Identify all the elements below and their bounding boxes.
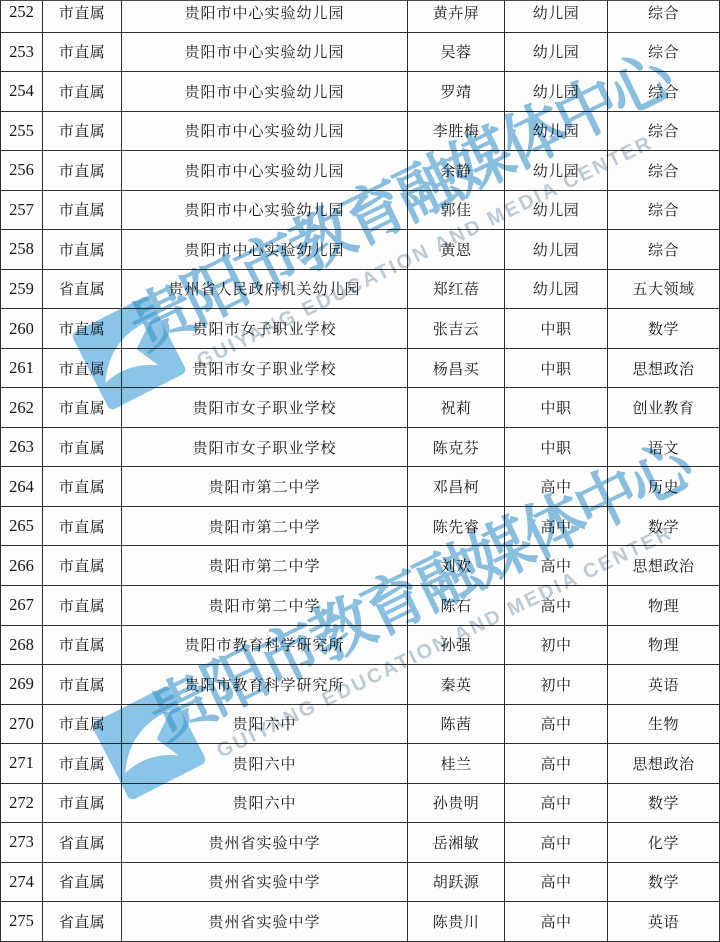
school-cell: 贵阳市第二中学 [122, 467, 408, 507]
level-cell: 高中 [505, 467, 608, 507]
subject-cell: 数学 [608, 507, 720, 547]
subject-cell: 英语 [608, 665, 720, 705]
school-cell: 贵阳市女子职业学校 [122, 428, 408, 468]
row-number-cell: 252 [0, 0, 43, 33]
subject-cell: 生物 [608, 705, 720, 745]
row-number-cell: 254 [0, 72, 43, 112]
affiliation-cell: 市直属 [43, 388, 122, 428]
school-cell: 贵州省实验中学 [122, 902, 408, 942]
level-cell: 中职 [505, 349, 608, 389]
level-cell: 高中 [505, 546, 608, 586]
subject-cell: 五大领域 [608, 270, 720, 310]
level-cell: 幼儿园 [505, 0, 608, 33]
school-cell: 贵阳市教育科学研究所 [122, 626, 408, 666]
level-cell: 高中 [505, 863, 608, 903]
page: 贵阳市教育融媒体中心 GUIYANG EDUCATION AND MEDIA C… [0, 0, 720, 942]
affiliation-cell: 市直属 [43, 72, 122, 112]
level-cell: 高中 [505, 902, 608, 942]
subject-cell: 综合 [608, 33, 720, 73]
school-cell: 贵阳市中心实验幼儿园 [122, 112, 408, 152]
row-number-cell: 263 [0, 428, 43, 468]
school-cell: 贵阳市中心实验幼儿园 [122, 0, 408, 33]
subject-cell: 综合 [608, 72, 720, 112]
subject-cell: 数学 [608, 309, 720, 349]
subject-cell: 物理 [608, 626, 720, 666]
affiliation-cell: 市直属 [43, 626, 122, 666]
affiliation-cell: 市直属 [43, 467, 122, 507]
teacher-name-cell: 余静 [408, 151, 505, 191]
subject-cell: 综合 [608, 112, 720, 152]
teacher-name-cell: 孙强 [408, 626, 505, 666]
teacher-name-cell: 陈克芬 [408, 428, 505, 468]
affiliation-cell: 市直属 [43, 784, 122, 824]
affiliation-cell: 市直属 [43, 230, 122, 270]
teacher-name-cell: 陈茜 [408, 705, 505, 745]
subject-cell: 语文 [608, 428, 720, 468]
level-cell: 初中 [505, 626, 608, 666]
affiliation-cell: 市直属 [43, 151, 122, 191]
subject-cell: 综合 [608, 230, 720, 270]
school-cell: 贵阳六中 [122, 784, 408, 824]
affiliation-cell: 市直属 [43, 191, 122, 231]
level-cell: 中职 [505, 309, 608, 349]
level-cell: 高中 [505, 507, 608, 547]
affiliation-cell: 市直属 [43, 309, 122, 349]
teacher-name-cell: 陈贵川 [408, 902, 505, 942]
row-number-cell: 269 [0, 665, 43, 705]
row-number-cell: 272 [0, 784, 43, 824]
row-number-cell: 255 [0, 112, 43, 152]
affiliation-cell: 省直属 [43, 902, 122, 942]
subject-cell: 数学 [608, 784, 720, 824]
row-number-cell: 258 [0, 230, 43, 270]
level-cell: 幼儿园 [505, 33, 608, 73]
affiliation-cell: 市直属 [43, 665, 122, 705]
teacher-name-cell: 陈先睿 [408, 507, 505, 547]
row-number-cell: 270 [0, 705, 43, 745]
school-cell: 贵阳市第二中学 [122, 507, 408, 547]
level-cell: 中职 [505, 388, 608, 428]
teacher-name-cell: 黄卉屏 [408, 0, 505, 33]
teacher-name-cell: 罗靖 [408, 72, 505, 112]
teacher-name-cell: 黄恩 [408, 230, 505, 270]
row-number-cell: 268 [0, 626, 43, 666]
school-cell: 贵阳市女子职业学校 [122, 309, 408, 349]
teacher-name-cell: 秦英 [408, 665, 505, 705]
school-cell: 贵阳市中心实验幼儿园 [122, 72, 408, 112]
subject-cell: 化学 [608, 823, 720, 863]
school-cell: 贵阳市中心实验幼儿园 [122, 230, 408, 270]
subject-cell: 历史 [608, 467, 720, 507]
affiliation-cell: 市直属 [43, 744, 122, 784]
row-number-cell: 266 [0, 546, 43, 586]
affiliation-cell: 省直属 [43, 270, 122, 310]
row-number-cell: 275 [0, 902, 43, 942]
row-number-cell: 265 [0, 507, 43, 547]
row-number-cell: 257 [0, 191, 43, 231]
school-cell: 贵阳市第二中学 [122, 546, 408, 586]
level-cell: 初中 [505, 665, 608, 705]
teacher-name-cell: 李胜梅 [408, 112, 505, 152]
row-number-cell: 259 [0, 270, 43, 310]
level-cell: 幼儿园 [505, 191, 608, 231]
level-cell: 幼儿园 [505, 72, 608, 112]
teacher-name-cell: 杨昌买 [408, 349, 505, 389]
level-cell: 幼儿园 [505, 112, 608, 152]
subject-cell: 物理 [608, 586, 720, 626]
affiliation-cell: 市直属 [43, 507, 122, 547]
teacher-table: 252市直属贵阳市中心实验幼儿园黄卉屏幼儿园综合253市直属贵阳市中心实验幼儿园… [0, 0, 720, 942]
subject-cell: 数学 [608, 863, 720, 903]
affiliation-cell: 市直属 [43, 33, 122, 73]
subject-cell: 综合 [608, 151, 720, 191]
level-cell: 高中 [505, 705, 608, 745]
teacher-name-cell: 胡跃源 [408, 863, 505, 903]
affiliation-cell: 市直属 [43, 705, 122, 745]
subject-cell: 思想政治 [608, 744, 720, 784]
teacher-name-cell: 吴蓉 [408, 33, 505, 73]
teacher-name-cell: 张吉云 [408, 309, 505, 349]
row-number-cell: 260 [0, 309, 43, 349]
teacher-name-cell: 岳湘敏 [408, 823, 505, 863]
affiliation-cell: 市直属 [43, 546, 122, 586]
school-cell: 贵州省实验中学 [122, 823, 408, 863]
teacher-name-cell: 邓昌柯 [408, 467, 505, 507]
level-cell: 幼儿园 [505, 270, 608, 310]
row-number-cell: 271 [0, 744, 43, 784]
teacher-name-cell: 刘欢 [408, 546, 505, 586]
school-cell: 贵州省人民政府机关幼儿园 [122, 270, 408, 310]
row-number-cell: 267 [0, 586, 43, 626]
teacher-name-cell: 桂兰 [408, 744, 505, 784]
school-cell: 贵阳市中心实验幼儿园 [122, 191, 408, 231]
school-cell: 贵阳市教育科学研究所 [122, 665, 408, 705]
affiliation-cell: 市直属 [43, 349, 122, 389]
affiliation-cell: 市直属 [43, 428, 122, 468]
level-cell: 高中 [505, 823, 608, 863]
row-number-cell: 274 [0, 863, 43, 903]
teacher-name-cell: 孙贵明 [408, 784, 505, 824]
school-cell: 贵州省实验中学 [122, 863, 408, 903]
teacher-name-cell: 郭佳 [408, 191, 505, 231]
affiliation-cell: 省直属 [43, 863, 122, 903]
level-cell: 幼儿园 [505, 230, 608, 270]
school-cell: 贵阳六中 [122, 744, 408, 784]
school-cell: 贵阳市中心实验幼儿园 [122, 33, 408, 73]
teacher-name-cell: 郑红蓓 [408, 270, 505, 310]
school-cell: 贵阳市女子职业学校 [122, 349, 408, 389]
row-number-cell: 256 [0, 151, 43, 191]
row-number-cell: 273 [0, 823, 43, 863]
school-cell: 贵阳市第二中学 [122, 586, 408, 626]
affiliation-cell: 市直属 [43, 0, 122, 33]
level-cell: 幼儿园 [505, 151, 608, 191]
row-number-cell: 253 [0, 33, 43, 73]
affiliation-cell: 市直属 [43, 586, 122, 626]
affiliation-cell: 省直属 [43, 823, 122, 863]
school-cell: 贵阳六中 [122, 705, 408, 745]
row-number-cell: 262 [0, 388, 43, 428]
level-cell: 高中 [505, 586, 608, 626]
row-number-cell: 261 [0, 349, 43, 389]
school-cell: 贵阳市中心实验幼儿园 [122, 151, 408, 191]
subject-cell: 思想政治 [608, 546, 720, 586]
level-cell: 中职 [505, 428, 608, 468]
subject-cell: 创业教育 [608, 388, 720, 428]
subject-cell: 思想政治 [608, 349, 720, 389]
subject-cell: 综合 [608, 0, 720, 33]
subject-cell: 综合 [608, 191, 720, 231]
level-cell: 高中 [505, 744, 608, 784]
teacher-name-cell: 祝莉 [408, 388, 505, 428]
subject-cell: 英语 [608, 902, 720, 942]
affiliation-cell: 市直属 [43, 112, 122, 152]
teacher-name-cell: 陈石 [408, 586, 505, 626]
row-number-cell: 264 [0, 467, 43, 507]
table-top-border [0, 0, 720, 1]
level-cell: 高中 [505, 784, 608, 824]
school-cell: 贵阳市女子职业学校 [122, 388, 408, 428]
